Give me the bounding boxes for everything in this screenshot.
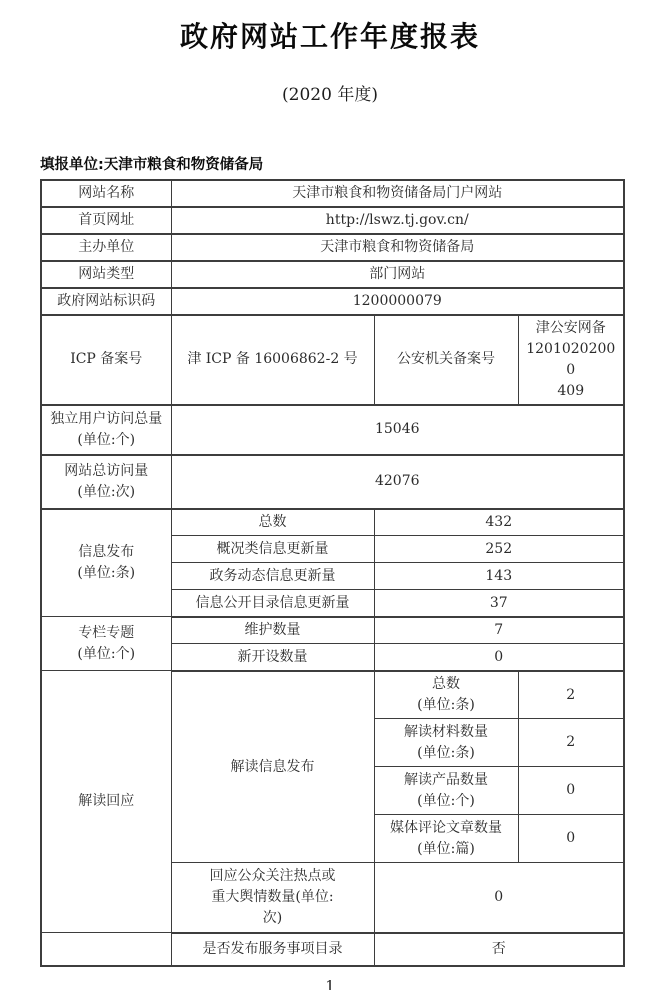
report-page: 政府网站工作年度报表 (2020 年度) 填报单位:天津市粮食和物资储备局 网站… bbox=[0, 0, 660, 990]
table-row: 网站总访问量 (单位:次) 42076 bbox=[41, 455, 624, 509]
row-value-info-directory: 37 bbox=[374, 590, 624, 617]
table-row: 解读回应 解读信息发布 总数 (单位:条) 2 bbox=[41, 671, 624, 719]
row-value-newly-opened: 0 bbox=[374, 644, 624, 671]
report-table: 网站名称 天津市粮食和物资储备局门户网站 首页网址 http://lswz.tj… bbox=[40, 179, 625, 967]
row-label-unique-visitors: 独立用户访问总量(单位:个) bbox=[41, 405, 171, 455]
page-number: 1 bbox=[0, 977, 660, 990]
row-value-site-code: 1200000079 bbox=[171, 288, 624, 315]
row-label-icp: ICP 备案号 bbox=[41, 315, 171, 405]
group-label-interpretation: 解读回应 bbox=[41, 671, 171, 933]
table-row: 首页网址 http://lswz.tj.gov.cn/ bbox=[41, 207, 624, 234]
row-value-info-overview: 252 bbox=[374, 536, 624, 563]
table-row: 主办单位 天津市粮食和物资储备局 bbox=[41, 234, 624, 261]
row-value-interpret-materials: 2 bbox=[518, 719, 624, 767]
row-value-psb: 津公安网备 12010202000 409 bbox=[518, 315, 624, 405]
reporting-unit: 填报单位:天津市粮食和物资储备局 bbox=[40, 156, 660, 174]
row-label-site-type: 网站类型 bbox=[41, 261, 171, 288]
row-value-icp: 津 ICP 备 16006862-2 号 bbox=[171, 315, 374, 405]
table-row: 网站名称 天津市粮食和物资储备局门户网站 bbox=[41, 180, 624, 207]
row-value-interpret-products: 0 bbox=[518, 767, 624, 815]
row-value-site-type: 部门网站 bbox=[171, 261, 624, 288]
row-label-interpret-products: 解读产品数量 (单位:个) bbox=[374, 767, 518, 815]
row-label-info-overview: 概况类信息更新量 bbox=[171, 536, 374, 563]
row-value-hotspot: 0 bbox=[374, 863, 624, 933]
row-value-home-url: http://lswz.tj.gov.cn/ bbox=[171, 207, 624, 234]
group-label-special-columns: 专栏专题 (单位:个) bbox=[41, 617, 171, 671]
group-label-info-publish: 信息发布 (单位:条) bbox=[41, 509, 171, 617]
row-label-info-directory: 信息公开目录信息更新量 bbox=[171, 590, 374, 617]
row-label-hotspot: 回应公众关注热点或 重大舆情数量(单位: 次) bbox=[171, 863, 374, 933]
row-value-info-total: 432 bbox=[374, 509, 624, 536]
row-value-total-visits: 42076 bbox=[171, 455, 624, 509]
row-label-media-comments: 媒体评论文章数量 (单位:篇) bbox=[374, 815, 518, 863]
row-label-info-dynamics: 政务动态信息更新量 bbox=[171, 563, 374, 590]
row-value-media-comments: 0 bbox=[518, 815, 624, 863]
table-row: 信息发布 (单位:条) 总数 432 bbox=[41, 509, 624, 536]
page-subtitle: (2020 年度) bbox=[0, 84, 660, 106]
row-value-unique-visitors: 15046 bbox=[171, 405, 624, 455]
table-row: ICP 备案号 津 ICP 备 16006862-2 号 公安机关备案号 津公安… bbox=[41, 315, 624, 405]
table-row: 是否发布服务事项目录 否 bbox=[41, 933, 624, 966]
table-row: 网站类型 部门网站 bbox=[41, 261, 624, 288]
row-value-interpret-total: 2 bbox=[518, 671, 624, 719]
row-label-psb: 公安机关备案号 bbox=[374, 315, 518, 405]
row-value-site-name: 天津市粮食和物资储备局门户网站 bbox=[171, 180, 624, 207]
table-row: 独立用户访问总量(单位:个) 15046 bbox=[41, 405, 624, 455]
row-value-maintained: 7 bbox=[374, 617, 624, 644]
table-row: 专栏专题 (单位:个) 维护数量 7 bbox=[41, 617, 624, 644]
row-value-service-directory: 否 bbox=[374, 933, 624, 966]
row-label-service-directory: 是否发布服务事项目录 bbox=[171, 933, 374, 966]
empty-cell bbox=[41, 933, 171, 966]
row-label-interpret-total: 总数 (单位:条) bbox=[374, 671, 518, 719]
row-label-site-code: 政府网站标识码 bbox=[41, 288, 171, 315]
row-label-home-url: 首页网址 bbox=[41, 207, 171, 234]
row-label-total-visits: 网站总访问量 (单位:次) bbox=[41, 455, 171, 509]
row-label-info-total: 总数 bbox=[171, 509, 374, 536]
row-label-interpret-materials: 解读材料数量 (单位:条) bbox=[374, 719, 518, 767]
row-label-maintained: 维护数量 bbox=[171, 617, 374, 644]
row-label-organizer: 主办单位 bbox=[41, 234, 171, 261]
row-value-info-dynamics: 143 bbox=[374, 563, 624, 590]
group-label-interpret-publish: 解读信息发布 bbox=[171, 671, 374, 863]
page-title: 政府网站工作年度报表 bbox=[0, 0, 660, 54]
row-value-organizer: 天津市粮食和物资储备局 bbox=[171, 234, 624, 261]
row-label-site-name: 网站名称 bbox=[41, 180, 171, 207]
row-label-newly-opened: 新开设数量 bbox=[171, 644, 374, 671]
table-row: 政府网站标识码 1200000079 bbox=[41, 288, 624, 315]
